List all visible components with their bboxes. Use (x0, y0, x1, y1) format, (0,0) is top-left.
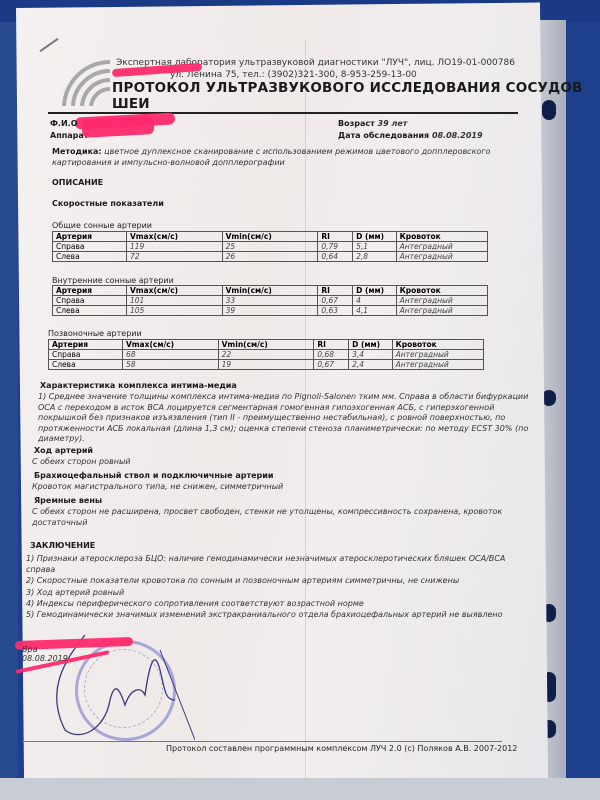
section-heading: Яремные вены (34, 496, 102, 505)
description-heading: ОПИСАНИЕ (52, 178, 103, 187)
side-cell: Слева (53, 306, 127, 316)
intima-heading: Характеристика комплекса интима-медиа (40, 381, 237, 390)
side-cell: Слева (53, 252, 127, 262)
column-header: Vmin(см/с) (222, 232, 318, 242)
velocity-table-ica: АртерияVmax(см/с)Vmin(см/с)RID (мм)Крово… (52, 285, 488, 316)
value-cell: 39 (222, 306, 318, 316)
value-cell: 5,1 (353, 242, 397, 252)
column-header: D (мм) (353, 232, 397, 242)
text-line: 5) Гемодинамически значимых изменений эк… (26, 610, 503, 619)
text-line: покрышкой без признаков изъязвления (тип… (38, 413, 505, 422)
value-cell: 4,1 (353, 306, 397, 316)
text-line: диаметру). (38, 434, 85, 443)
text-line: достаточный (32, 518, 87, 527)
value-cell: 22 (218, 350, 314, 360)
value-cell: Антеградный (396, 242, 487, 252)
column-header: D (мм) (349, 340, 393, 350)
lab-logo-icon (58, 56, 114, 106)
side-cell: Слева (49, 360, 123, 370)
column-header: Кровоток (396, 286, 487, 296)
table-row: Слева58190,672,4Антеградный (49, 360, 484, 370)
text-line: Кровоток магистрального типа, не снижен,… (32, 482, 283, 491)
value-cell: 3,4 (349, 350, 393, 360)
age-value: 39 лет (378, 119, 408, 128)
value-cell: 26 (222, 252, 318, 262)
value-cell: 2,4 (349, 360, 393, 370)
column-header: Vmax(см/с) (126, 232, 222, 242)
column-header: RI (318, 232, 353, 242)
table-row: Слева105390,634,1Антеградный (53, 306, 488, 316)
column-header: Vmin(см/с) (218, 340, 314, 350)
value-cell: 25 (222, 242, 318, 252)
value-cell: 0,68 (314, 350, 349, 360)
value-cell: Антеградный (396, 252, 487, 262)
value-cell: 0,63 (318, 306, 353, 316)
column-header: RI (318, 286, 353, 296)
footer-text: Протокол составлен программным комплексо… (166, 744, 517, 753)
value-cell: 0,79 (318, 242, 353, 252)
side-cell: Справа (49, 350, 123, 360)
redaction-mark (82, 116, 155, 138)
table-row: Справа101330,674Антеградный (53, 296, 488, 306)
background-bottom (0, 778, 600, 800)
binder-hole (542, 100, 556, 120)
column-header: Vmin(см/с) (222, 286, 318, 296)
text-line: 1) Признаки атеросклероза БЦО: наличие г… (26, 554, 505, 563)
table-caption-cca: Общие сонные артерии (52, 221, 152, 230)
text-line: 4) Индексы периферического сопротивления… (26, 599, 364, 608)
value-cell: Антеградный (392, 350, 483, 360)
document-title: ПРОТОКОЛ УЛЬТРАЗВУКОВОГО ИССЛЕДОВАНИЯ СО… (112, 80, 583, 96)
text-line: 3) Ход артерий ровный (26, 588, 124, 597)
signature-date: 08.08.2019 (22, 654, 68, 663)
column-header: RI (314, 340, 349, 350)
text-line: 2) Скоростные показатели кровотока по со… (26, 576, 459, 585)
table-caption-ica: Внутренние сонные артерии (52, 276, 174, 285)
value-cell: 2,8 (353, 252, 397, 262)
section-heading: Ход артерий (34, 446, 93, 455)
velocity-table-va: АртерияVmax(см/с)Vmin(см/с)RID (мм)Крово… (48, 339, 484, 370)
doctor-label: Вра (22, 645, 37, 654)
column-header: Артерия (53, 232, 127, 242)
velocity-table-cca: АртерияVmax(см/с)Vmin(см/с)RID (мм)Крово… (52, 231, 488, 262)
method-line1: Методика: цветное дуплексное сканировани… (52, 147, 490, 156)
table-row: Слева72260,642,8Антеградный (53, 252, 488, 262)
age-label: Возраст 39 лет (338, 119, 407, 128)
side-cell: Справа (53, 242, 127, 252)
table-row: Справа68220,683,4Антеградный (49, 350, 484, 360)
text-line: 1) Среднее значение толщины комплекса ин… (38, 392, 528, 401)
value-cell: 0,67 (314, 360, 349, 370)
column-header: Артерия (53, 286, 127, 296)
value-cell: 119 (126, 242, 222, 252)
table-header-row: АртерияVmax(см/с)Vmin(см/с)RID (мм)Крово… (53, 286, 488, 296)
table-row: Справа119250,795,1Антеградный (53, 242, 488, 252)
lab-address: ул. Ленина 75, тел.: (3902)321-300, 8-95… (170, 70, 417, 80)
velocity-subheading: Скоростные показатели (52, 199, 164, 208)
value-cell: 0,64 (318, 252, 353, 262)
value-cell: Антеградный (396, 306, 487, 316)
value-cell: Антеградный (396, 296, 487, 306)
value-cell: 105 (126, 306, 222, 316)
table-caption-va: Позвоночные артерии (48, 329, 142, 338)
value-cell: 58 (122, 360, 218, 370)
method-line2: картирования и импульсно-волновой доппле… (52, 158, 285, 167)
side-cell: Справа (53, 296, 127, 306)
value-cell: 19 (218, 360, 314, 370)
text-line: протяженности АСБ локальная (длина 1,3 с… (38, 424, 528, 433)
text-line: С обеих сторон ровный (32, 457, 131, 466)
value-cell: 4 (353, 296, 397, 306)
table-header-row: АртерияVmax(см/с)Vmin(см/с)RID (мм)Крово… (53, 232, 488, 242)
document-title-line2: ШЕИ (112, 96, 150, 112)
column-header: Vmax(см/с) (126, 286, 222, 296)
value-cell: Антеградный (392, 360, 483, 370)
exam-date-label: Дата обследования 08.08.2019 (338, 131, 483, 140)
text-line: справа (26, 565, 55, 574)
column-header: Кровоток (396, 232, 487, 242)
section-heading: Брахиоцефальный ствол и подключичные арт… (34, 471, 273, 480)
fio-label: Ф.И.О (50, 119, 78, 128)
value-cell: 33 (222, 296, 318, 306)
column-header: Кровоток (392, 340, 483, 350)
footer-divider (22, 741, 502, 742)
header-divider (48, 112, 518, 114)
value-cell: 68 (122, 350, 218, 360)
exam-date-value: 08.08.2019 (432, 131, 483, 140)
text-line: ОСА с переходом в исток ВСА лоцируется с… (38, 403, 494, 412)
value-cell: 101 (126, 296, 222, 306)
table-header-row: АртерияVmax(см/с)Vmin(см/с)RID (мм)Крово… (49, 340, 484, 350)
column-header: Артерия (49, 340, 123, 350)
value-cell: 72 (126, 252, 222, 262)
column-header: Vmax(см/с) (122, 340, 218, 350)
value-cell: 0,67 (318, 296, 353, 306)
conclusion-heading: ЗАКЛЮЧЕНИЕ (30, 541, 95, 550)
background-left-edge (0, 22, 18, 800)
text-line: С обеих сторон не расширена, просвет сво… (32, 507, 502, 516)
column-header: D (мм) (353, 286, 397, 296)
